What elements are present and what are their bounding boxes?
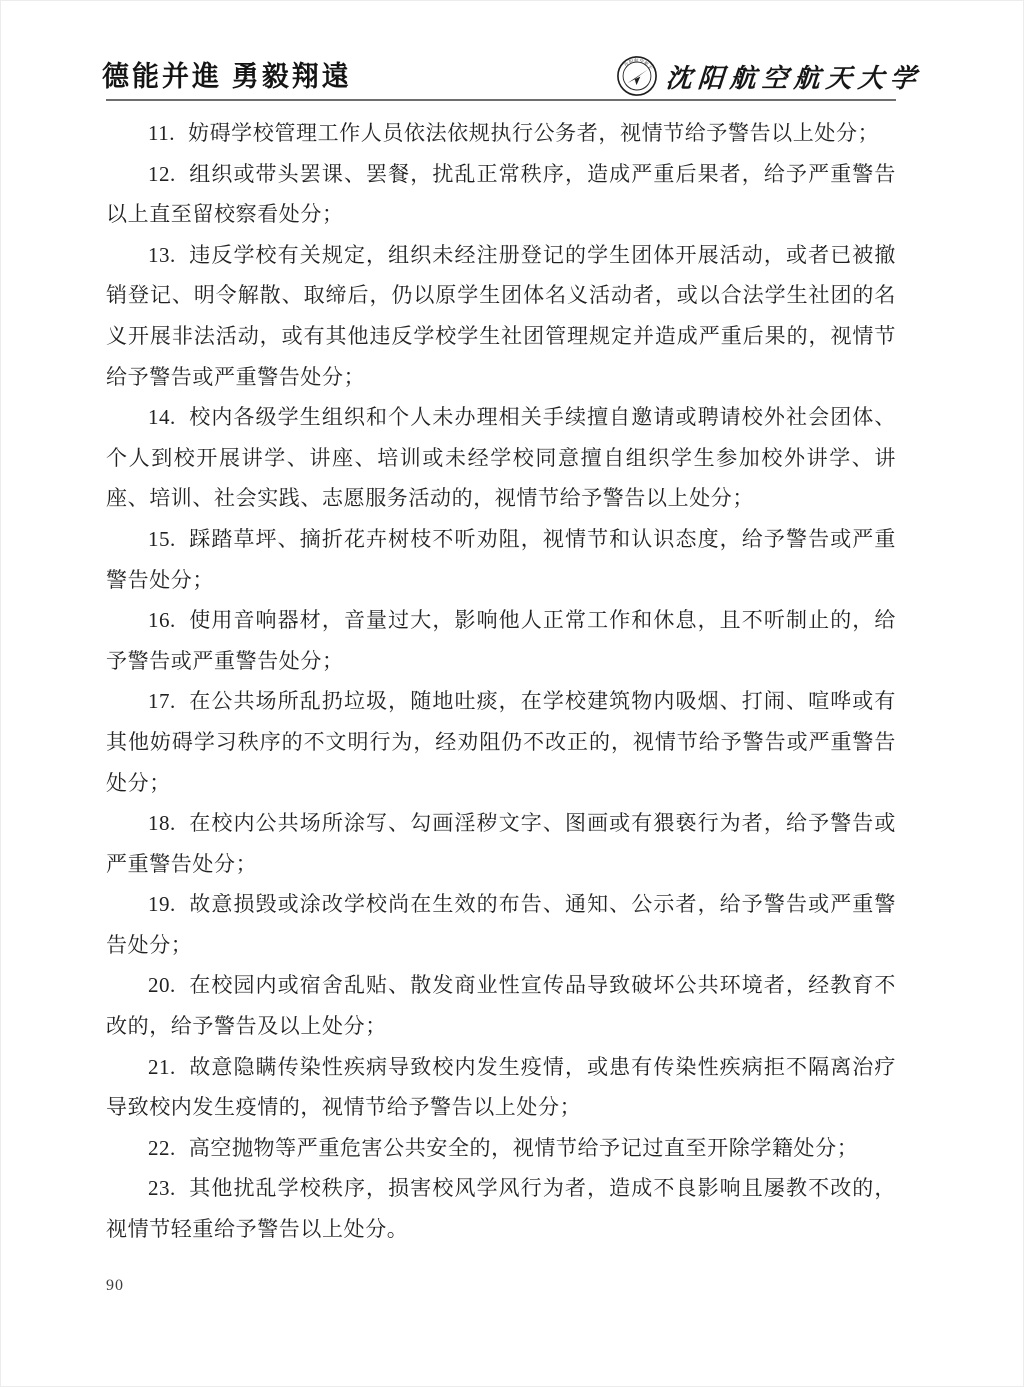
item-number: 22. (148, 1136, 176, 1160)
item-text: 在公共场所乱扔垃圾，随地吐痰，在学校建筑物内吸烟、打闹、喧哗或有其他妨碍学习秩序… (106, 689, 896, 794)
header-divider-rule (106, 99, 896, 101)
regulation-item: 11.妨碍学校管理工作人员依法依规执行公务者，视情节给予警告以上处分； (106, 113, 896, 154)
item-number: 14. (148, 405, 176, 429)
item-number: 11. (148, 121, 175, 145)
regulation-item: 22.高空抛物等严重危害公共安全的，视情节给予记过直至开除学籍处分； (106, 1128, 896, 1169)
regulation-item: 15.踩踏草坪、摘折花卉树枝不听劝阻，视情节和认识态度，给予警告或严重警告处分； (106, 519, 896, 600)
university-emblem-icon: 沈阳航空航天大学 (616, 55, 658, 97)
regulation-item: 23.其他扰乱学校秩序，损害校风学风行为者，造成不良影响且屡教不改的，视情节轻重… (106, 1168, 896, 1249)
item-number: 13. (148, 243, 176, 267)
item-number: 15. (148, 527, 176, 551)
regulation-item: 14.校内各级学生组织和个人未办理相关手续擅自邀请或聘请校外社会团体、个人到校开… (106, 397, 896, 519)
item-number: 20. (148, 973, 176, 997)
page-header: 德能并進 勇毅翔遠 沈阳航空航天大学 沈阳航空航天大学 (106, 53, 896, 101)
item-number: 21. (148, 1055, 176, 1079)
regulation-list: 11.妨碍学校管理工作人员依法依规执行公务者，视情节给予警告以上处分； 12.组… (106, 113, 896, 1250)
regulation-item: 20.在校园内或宿舍乱贴、散发商业性宣传品导致破坏公共环境者，经教育不改的，给予… (106, 965, 896, 1046)
paper-plane-icon (627, 69, 648, 85)
header-right-group: 沈阳航空航天大学 沈阳航空航天大学 (616, 55, 922, 97)
item-number: 18. (148, 811, 176, 835)
regulation-item: 12.组织或带头罢课、罢餐，扰乱正常秩序，造成严重后果者，给予严重警告以上直至留… (106, 154, 896, 235)
regulation-item: 13.违反学校有关规定，组织未经注册登记的学生团体开展活动，或者已被撤销登记、明… (106, 235, 896, 397)
page-number: 90 (106, 1277, 124, 1295)
item-text: 在校园内或宿舍乱贴、散发商业性宣传品导致破坏公共环境者，经教育不改的，给予警告及… (106, 973, 896, 1038)
item-number: 17. (148, 689, 176, 713)
item-number: 16. (148, 608, 176, 632)
regulation-item: 19.故意损毁或涂改学校尚在生效的布告、通知、公示者，给予警告或严重警告处分； (106, 884, 896, 965)
item-text: 妨碍学校管理工作人员依法依规执行公务者，视情节给予警告以上处分； (188, 121, 879, 145)
item-number: 12. (148, 162, 176, 186)
item-number: 23. (148, 1176, 176, 1200)
item-text: 其他扰乱学校秩序，损害校风学风行为者，造成不良影响且屡教不改的，视情节轻重给予警… (106, 1176, 896, 1241)
item-number: 19. (148, 892, 176, 916)
item-text: 使用音响器材，音量过大，影响他人正常工作和休息，且不听制止的，给予警告或严重警告… (106, 608, 896, 673)
school-motto-calligraphy: 德能并進 勇毅翔遠 (102, 53, 352, 94)
item-text: 违反学校有关规定，组织未经注册登记的学生团体开展活动，或者已被撤销登记、明令解散… (106, 243, 896, 389)
item-text: 踩踏草坪、摘折花卉树枝不听劝阻，视情节和认识态度，给予警告或严重警告处分； (106, 527, 896, 592)
regulation-item: 21.故意隐瞒传染性疾病导致校内发生疫情，或患有传染性疾病拒不隔离治疗导致校内发… (106, 1047, 896, 1128)
item-text: 故意隐瞒传染性疾病导致校内发生疫情，或患有传染性疾病拒不隔离治疗导致校内发生疫情… (106, 1055, 896, 1120)
regulation-item: 18.在校内公共场所涂写、勾画淫秽文字、图画或有猥亵行为者，给予警告或严重警告处… (106, 803, 896, 884)
item-text: 校内各级学生组织和个人未办理相关手续擅自邀请或聘请校外社会团体、个人到校开展讲学… (106, 405, 896, 510)
regulation-item: 16.使用音响器材，音量过大，影响他人正常工作和休息，且不听制止的，给予警告或严… (106, 600, 896, 681)
university-name-calligraphy: 沈阳航空航天大学 (665, 58, 924, 95)
item-text: 高空抛物等严重危害公共安全的，视情节给予记过直至开除学籍处分； (189, 1136, 859, 1160)
item-text: 故意损毁或涂改学校尚在生效的布告、通知、公示者，给予警告或严重警告处分； (106, 892, 896, 957)
item-text: 在校内公共场所涂写、勾画淫秽文字、图画或有猥亵行为者，给予警告或严重警告处分； (106, 811, 896, 876)
regulation-item: 17.在公共场所乱扔垃圾，随地吐痰，在学校建筑物内吸烟、打闹、喧哗或有其他妨碍学… (106, 681, 896, 803)
document-page: 德能并進 勇毅翔遠 沈阳航空航天大学 沈阳航空航天大学 (0, 0, 1024, 1387)
item-text: 组织或带头罢课、罢餐，扰乱正常秩序，造成严重后果者，给予严重警告以上直至留校察看… (106, 162, 896, 227)
